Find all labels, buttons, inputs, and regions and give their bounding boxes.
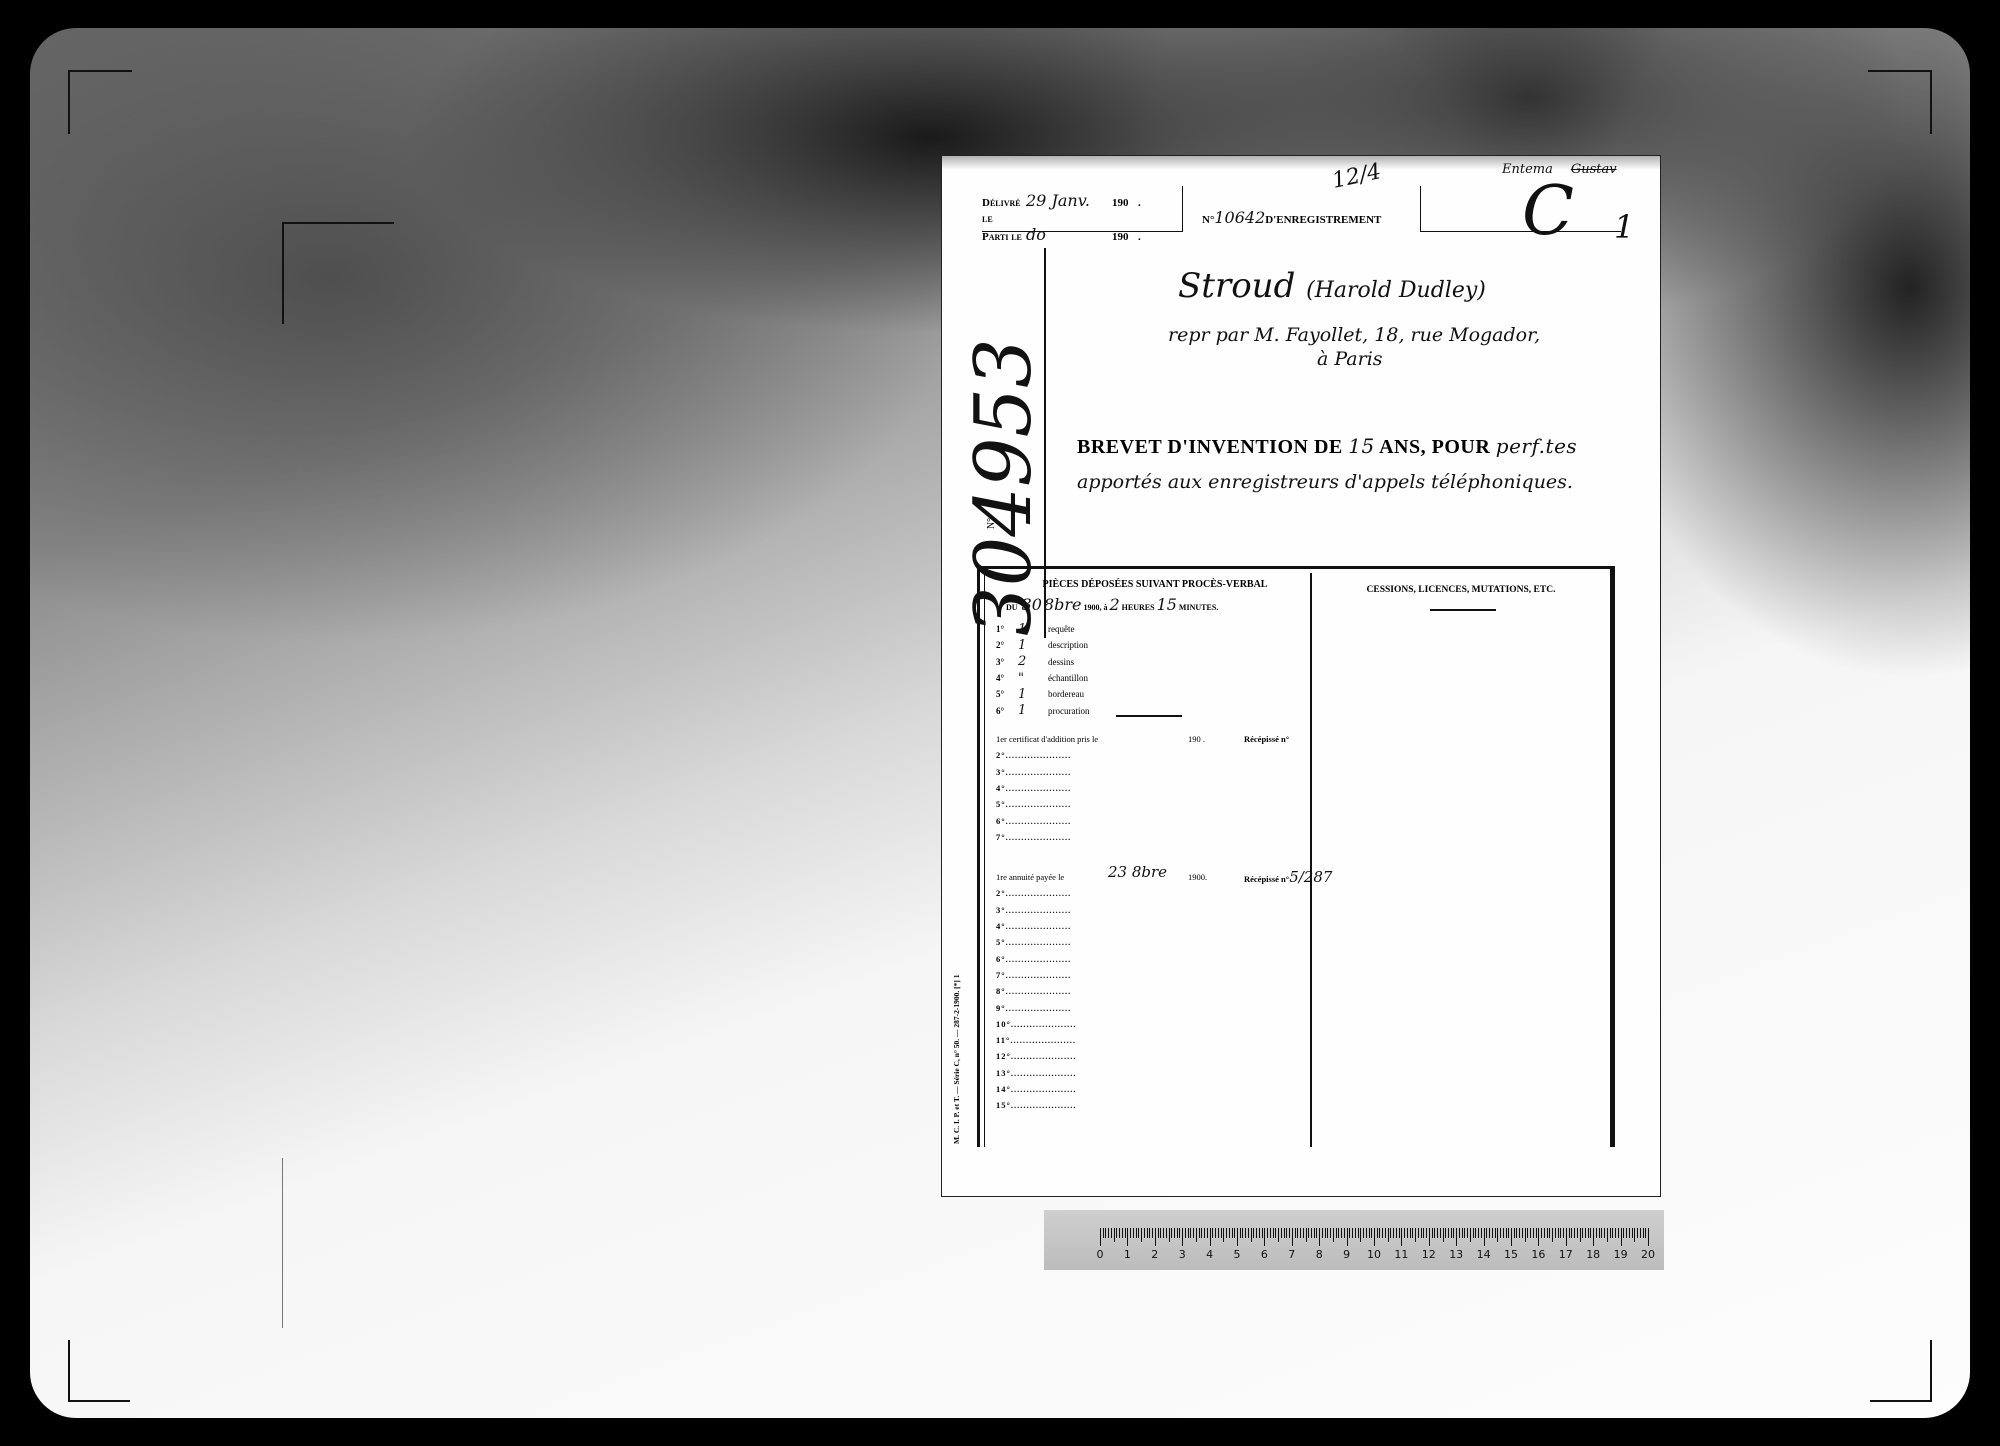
reg-number: 10642 [1214, 208, 1265, 227]
ruler-tick [1615, 1228, 1616, 1238]
piece-label: description [1048, 640, 1088, 650]
annuity-row: 8°..................... [996, 983, 1306, 999]
annuity-row-label: 4°..................... [996, 921, 1110, 931]
ruler-tick [1379, 1228, 1380, 1238]
register-table: M. C. I. P. et T. — Série C, n° 50. — 28… [977, 566, 1615, 1147]
ruler-tick [1218, 1228, 1219, 1238]
ruler-tick [1492, 1228, 1493, 1238]
ruler-tick [1525, 1228, 1526, 1242]
ruler-tick [1201, 1228, 1202, 1238]
ruler-tick [1158, 1228, 1159, 1238]
annuity-row: 2°..................... [996, 885, 1306, 901]
certificate-row-label: 6°..................... [996, 816, 1110, 826]
piece-number: 2° [996, 640, 1018, 650]
ruler-tick [1144, 1228, 1145, 1238]
ruler-tick [1481, 1228, 1482, 1238]
pieces-heading: PIÈCES DÉPOSÉES SUIVANT PROCÈS-VERBAL [1010, 579, 1300, 590]
ruler-label: 4 [1206, 1248, 1213, 1261]
certificate-first-label: 1er certificat d'addition pris le [996, 734, 1098, 744]
ruler-tick [1637, 1228, 1638, 1238]
annuity-row-label: 14°..................... [996, 1084, 1110, 1094]
ruler-tick [1626, 1228, 1627, 1238]
ruler-tick [1475, 1228, 1476, 1238]
ruler-tick [1226, 1228, 1227, 1238]
annuity-row: 13°..................... [996, 1065, 1306, 1081]
ruler-tick [1308, 1228, 1309, 1238]
ruler-tick [1122, 1228, 1123, 1238]
ruler-tick [1251, 1228, 1252, 1242]
ruler-tick [1516, 1228, 1517, 1238]
ruler-tick [1484, 1228, 1485, 1246]
annuity-row-label: 3°..................... [996, 905, 1110, 915]
ruler-tick [1607, 1228, 1608, 1242]
ruler-tick [1440, 1228, 1441, 1238]
ruler-tick [1432, 1228, 1433, 1238]
ruler-label: 14 [1477, 1248, 1491, 1261]
ruler-tick [1185, 1228, 1186, 1238]
annuity-row-label: 8°..................... [996, 986, 1110, 996]
ruler-tick [1580, 1228, 1581, 1242]
brevet-years: 15 [1348, 434, 1374, 458]
ruler-label: 5 [1234, 1248, 1241, 1261]
ruler-tick [1136, 1228, 1137, 1238]
piece-quantity: 1 [1018, 703, 1048, 718]
ruler-tick [1125, 1228, 1126, 1238]
ruler-label: 2 [1151, 1248, 1158, 1261]
certificate-row: 3°..................... [996, 764, 1296, 780]
ruler-tick [1114, 1228, 1115, 1242]
ruler-tick [1410, 1228, 1411, 1238]
ruler-label: 7 [1288, 1248, 1295, 1261]
ruler-tick [1278, 1228, 1279, 1242]
ruler-tick [1237, 1228, 1238, 1246]
ruler-tick [1421, 1228, 1422, 1238]
ruler-tick [1571, 1228, 1572, 1238]
annuity-row-label: 15°..................... [996, 1100, 1110, 1110]
ruler-label: 16 [1531, 1248, 1545, 1261]
patent-record-card: Délivré le 29 Janv. 190. Parti le do 190… [942, 156, 1660, 1196]
ruler-tick [1456, 1228, 1457, 1246]
ruler-tick [1336, 1228, 1337, 1238]
ruler-tick [1508, 1228, 1509, 1238]
certificate-row-label: 5°..................... [996, 799, 1110, 809]
ruler-tick [1473, 1228, 1474, 1238]
parti-label: Parti le [982, 229, 1026, 245]
ruler-tick [1426, 1228, 1427, 1238]
ruler-tick [1437, 1228, 1438, 1238]
ruler-tick [1610, 1228, 1611, 1238]
ruler-tick [1303, 1228, 1304, 1238]
annotation-box [1420, 186, 1621, 232]
ruler-tick [1130, 1228, 1131, 1238]
ruler-tick [1215, 1228, 1216, 1238]
ruler-tick [1297, 1228, 1298, 1238]
ruler-tick [1138, 1228, 1139, 1238]
ruler-ticks: 01234567891011121314151617181920 [1100, 1228, 1648, 1268]
heure-label: HEURES [1122, 603, 1155, 612]
certificate-row-label: 7°..................... [996, 832, 1110, 842]
ruler-tick [1207, 1228, 1208, 1238]
ruler-tick [1292, 1228, 1293, 1246]
ruler-tick [1536, 1228, 1537, 1238]
ruler-label: 9 [1343, 1248, 1350, 1261]
pv-month: 8bre [1044, 595, 1082, 614]
reg-prefix: N° [1202, 214, 1214, 226]
piece-quantity: 1 [1018, 638, 1048, 653]
ruler-tick [1382, 1228, 1383, 1238]
ruler-tick [1306, 1228, 1307, 1242]
ruler-label: 10 [1367, 1248, 1381, 1261]
ruler-tick [1632, 1228, 1633, 1238]
ruler-tick [1558, 1228, 1559, 1238]
certificate-row-label: 2°..................... [996, 750, 1110, 760]
pieces-list: 1°1requête2°1description3°2dessins4°"éch… [996, 621, 1089, 719]
annuity-row-label: 11°..................... [996, 1035, 1110, 1045]
crop-mark-top-left [68, 70, 132, 134]
ruler-tick [1374, 1228, 1375, 1246]
patent-number-label: N° [986, 518, 997, 529]
ruler-tick [1264, 1228, 1265, 1246]
certificate-recepisse-label: Récépissé n° [1244, 734, 1289, 744]
ruler-tick [1522, 1228, 1523, 1238]
annuity-row: 7°..................... [996, 967, 1306, 983]
ruler-tick [1530, 1228, 1531, 1238]
ruler-tick [1223, 1228, 1224, 1242]
certificate-row-label: 3°..................... [996, 767, 1110, 777]
annuity-row-label: 2°..................... [996, 888, 1110, 898]
ruler-tick [1582, 1228, 1583, 1238]
ruler-tick [1396, 1228, 1397, 1238]
ruler-tick [1245, 1228, 1246, 1238]
piece-number: 1° [996, 624, 1018, 634]
piece-label: procuration [1048, 706, 1089, 716]
ruler-tick [1453, 1228, 1454, 1238]
initial-mark-2: 1 [1614, 208, 1634, 246]
annuity-row: 14°..................... [996, 1081, 1306, 1097]
piece-row: 2°1description [996, 637, 1089, 653]
ruler-tick [1190, 1228, 1191, 1238]
crop-mark-top-right [1868, 70, 1932, 134]
annuity-row-label: 7°..................... [996, 970, 1110, 980]
ruler-tick [1105, 1228, 1106, 1238]
ruler-tick [1149, 1228, 1150, 1238]
ruler-tick [1495, 1228, 1496, 1238]
ruler-tick [1141, 1228, 1142, 1242]
ruler-tick [1256, 1228, 1257, 1238]
initial-mark: C [1522, 178, 1574, 246]
ruler-tick [1179, 1228, 1180, 1238]
ruler-tick [1163, 1228, 1164, 1238]
ruler-tick [1429, 1228, 1430, 1246]
ruler-tick [1352, 1228, 1353, 1238]
ruler-label: 15 [1504, 1248, 1518, 1261]
brevet-middle: ANS, POUR [1379, 436, 1490, 458]
column-divider [1310, 573, 1312, 1147]
annuity-row: 6°..................... [996, 950, 1306, 966]
ruler-tick [1286, 1228, 1287, 1238]
ruler-tick [1358, 1228, 1359, 1238]
ruler-tick [1182, 1228, 1183, 1246]
ruler-tick [1204, 1228, 1205, 1238]
scale-ruler: 01234567891011121314151617181920 [1044, 1210, 1664, 1270]
ruler-tick [1640, 1228, 1641, 1238]
piece-quantity: 2 [1018, 654, 1048, 669]
ruler-tick [1210, 1228, 1211, 1246]
ruler-tick [1344, 1228, 1345, 1238]
applicant-given: (Harold Dudley) [1306, 278, 1486, 303]
cessions-heading: CESSIONS, LICENCES, MUTATIONS, ETC. [1316, 585, 1606, 595]
ruler-tick [1355, 1228, 1356, 1238]
ruler-tick [1347, 1228, 1348, 1246]
ruler-tick [1618, 1228, 1619, 1238]
ruler-tick [1566, 1228, 1567, 1246]
piece-row: 5°1bordereau [996, 686, 1089, 702]
annuity-row-label: 12°..................... [996, 1051, 1110, 1061]
delivre-value: 29 Janv. [1026, 193, 1112, 209]
ruler-tick [1459, 1228, 1460, 1238]
annuity-row: 1re annuité payée le23 8bre1900.Récépiss… [996, 869, 1306, 885]
ruler-tick [1275, 1228, 1276, 1238]
ruler-tick [1196, 1228, 1197, 1242]
ruler-tick [1111, 1228, 1112, 1238]
ruler-label: 11 [1394, 1248, 1408, 1261]
ruler-tick [1273, 1228, 1274, 1238]
ruler-tick [1544, 1228, 1545, 1238]
ruler-tick [1281, 1228, 1282, 1238]
piece-row: 3°2dessins [996, 654, 1089, 670]
annuity-row-label: 5°..................... [996, 937, 1110, 947]
minutes-label: MINUTES. [1179, 603, 1218, 612]
piece-quantity: " [1018, 671, 1048, 686]
ruler-label: 20 [1641, 1248, 1655, 1261]
ruler-tick [1349, 1228, 1350, 1238]
ruler-tick [1601, 1228, 1602, 1238]
ruler-tick [1412, 1228, 1413, 1238]
annuity-row-label: 9°..................... [996, 1003, 1110, 1013]
du-label: DU [1006, 603, 1018, 612]
ruler-tick [1407, 1228, 1408, 1238]
ruler-tick [1623, 1228, 1624, 1238]
annuity-recepisse: Récépissé n°5/287 [1244, 868, 1332, 886]
ruler-tick [1119, 1228, 1120, 1238]
ruler-tick [1599, 1228, 1600, 1238]
ruler-tick [1253, 1228, 1254, 1238]
pv-minutes: 15 [1157, 595, 1177, 614]
annuity-first-date: 23 8bre [1108, 863, 1167, 881]
ruler-tick [1486, 1228, 1487, 1238]
ruler-tick [1443, 1228, 1444, 1242]
ruler-tick [1593, 1228, 1594, 1246]
ruler-tick [1590, 1228, 1591, 1238]
ruler-tick [1612, 1228, 1613, 1238]
piece-number: 6° [996, 706, 1018, 716]
a-label: , à [1099, 603, 1107, 612]
registration-number: N°10642D'ENREGISTREMENT [1202, 208, 1381, 227]
annuity-row: 10°..................... [996, 1016, 1306, 1032]
ruler-tick [1221, 1228, 1222, 1238]
piece-number: 4° [996, 673, 1018, 683]
note-2-struck: Gustav [1571, 162, 1617, 177]
ruler-tick [1547, 1228, 1548, 1238]
ruler-tick [1451, 1228, 1452, 1238]
ruler-label: 3 [1179, 1248, 1186, 1261]
certificate-row: 4°..................... [996, 780, 1296, 796]
ruler-tick [1462, 1228, 1463, 1238]
ruler-tick [1360, 1228, 1361, 1242]
piece-label: bordereau [1048, 689, 1084, 699]
ruler-tick [1177, 1228, 1178, 1238]
ruler-tick [1267, 1228, 1268, 1238]
ruler-tick [1327, 1228, 1328, 1238]
ruler-tick [1563, 1228, 1564, 1238]
certificate-row: 5°..................... [996, 796, 1296, 812]
piece-label: échantillon [1048, 673, 1088, 683]
ruler-tick [1569, 1228, 1570, 1238]
ruler-label: 1 [1124, 1248, 1131, 1261]
ruler-label: 17 [1559, 1248, 1573, 1261]
ruler-tick [1489, 1228, 1490, 1238]
crop-mark-inner [282, 222, 394, 324]
cessions-rule [1430, 609, 1496, 611]
ruler-label: 12 [1422, 1248, 1436, 1261]
ruler-label: 13 [1449, 1248, 1463, 1261]
brevet-line: BREVET D'INVENTION DE 15 ANS, POUR perf.… [1077, 434, 1577, 459]
parti-value: do [1026, 227, 1112, 243]
certificate-year: 190 . [1188, 734, 1205, 744]
pv-day: 30 [1022, 595, 1042, 614]
applicant-surname: Stroud [1178, 266, 1295, 306]
annuity-recepisse-label: Récépissé n° [1244, 874, 1289, 884]
certificate-row: 7°..................... [996, 829, 1296, 845]
ruler-tick [1514, 1228, 1515, 1238]
piece-quantity: 1 [1018, 687, 1048, 702]
ruler-tick [1588, 1228, 1589, 1238]
ruler-tick [1108, 1228, 1109, 1238]
ruler-tick [1166, 1228, 1167, 1238]
ruler-tick [1284, 1228, 1285, 1238]
annuity-row: 3°..................... [996, 902, 1306, 918]
ruler-tick [1445, 1228, 1446, 1238]
ruler-tick [1478, 1228, 1479, 1238]
ruler-tick [1385, 1228, 1386, 1238]
ruler-label: 0 [1097, 1248, 1104, 1261]
ruler-tick [1399, 1228, 1400, 1238]
ruler-tick [1604, 1228, 1605, 1238]
ruler-tick [1270, 1228, 1271, 1238]
brevet-prefix: BREVET D'INVENTION DE [1077, 436, 1343, 458]
ruler-tick [1319, 1228, 1320, 1246]
certificate-row: 6°..................... [996, 812, 1296, 828]
ruler-tick [1467, 1228, 1468, 1238]
ruler-tick [1500, 1228, 1501, 1238]
piece-quantity: 1 [1018, 622, 1048, 637]
ruler-tick [1232, 1228, 1233, 1238]
ruler-tick [1448, 1228, 1449, 1238]
ruler-tick [1330, 1228, 1331, 1238]
ruler-tick [1242, 1228, 1243, 1238]
ruler-tick [1127, 1228, 1128, 1246]
applicant-name: Stroud (Harold Dudley) [1178, 266, 1486, 306]
ruler-tick [1248, 1228, 1249, 1238]
ruler-tick [1338, 1228, 1339, 1238]
ruler-tick [1388, 1228, 1389, 1242]
ruler-tick [1552, 1228, 1553, 1242]
annuity-row-label: 13°..................... [996, 1068, 1110, 1078]
ruler-tick [1100, 1228, 1101, 1246]
annuity-first-label: 1re annuité payée le [996, 872, 1064, 882]
ruler-tick [1377, 1228, 1378, 1238]
annuity-row-label: 10°..................... [996, 1019, 1110, 1029]
proces-verbal-date: DU 30 8bre 1900, à 2 HEURES 15 MINUTES. [1006, 595, 1218, 614]
annuity-row: 9°..................... [996, 999, 1306, 1015]
piece-label: requête [1048, 624, 1074, 634]
ruler-tick [1366, 1228, 1367, 1238]
ruler-tick [1259, 1228, 1260, 1238]
ruler-tick [1549, 1228, 1550, 1238]
ruler-tick [1464, 1228, 1465, 1238]
inner-rule [984, 573, 985, 1147]
annuity-row: 4°..................... [996, 918, 1306, 934]
ruler-tick [1415, 1228, 1416, 1242]
certificate-row: 2°..................... [996, 747, 1296, 763]
ruler-tick [1393, 1228, 1394, 1238]
ruler-tick [1133, 1228, 1134, 1238]
annuity-row: 11°..................... [996, 1032, 1306, 1048]
piece-row: 4°"échantillon [996, 670, 1089, 686]
ruler-tick [1648, 1228, 1649, 1246]
ruler-tick [1390, 1228, 1391, 1238]
ruler-tick [1174, 1228, 1175, 1238]
parti-year: 190 [1112, 229, 1138, 245]
certificate-row: 1er certificat d'addition pris le190 .Ré… [996, 731, 1296, 747]
ruler-tick [1643, 1228, 1644, 1238]
ruler-tick [1193, 1228, 1194, 1238]
ruler-tick [1262, 1228, 1263, 1238]
section-rule [1116, 715, 1182, 717]
ruler-tick [1341, 1228, 1342, 1238]
ruler-tick [1229, 1228, 1230, 1238]
ruler-tick [1423, 1228, 1424, 1238]
ruler-tick [1333, 1228, 1334, 1242]
ruler-tick [1560, 1228, 1561, 1238]
ruler-tick [1363, 1228, 1364, 1238]
ruler-tick [1621, 1228, 1622, 1246]
ruler-tick [1169, 1228, 1170, 1242]
ruler-tick [1503, 1228, 1504, 1238]
piece-number: 5° [996, 689, 1018, 699]
ruler-tick [1369, 1228, 1370, 1238]
ruler-tick [1541, 1228, 1542, 1238]
ruler-label: 18 [1586, 1248, 1600, 1261]
ruler-tick [1538, 1228, 1539, 1246]
reg-suffix: D'ENREGISTREMENT [1265, 214, 1381, 226]
certificate-row-label: 4°..................... [996, 783, 1110, 793]
annuity-row-label: 6°..................... [996, 954, 1110, 964]
ruler-label: 8 [1316, 1248, 1323, 1261]
delivre-year: 190 [1112, 195, 1138, 211]
brevet-object-start: perf.tes [1496, 434, 1577, 458]
delivre-label: Délivré le [982, 195, 1026, 227]
ruler-tick [1629, 1228, 1630, 1238]
representative-line-2: à Paris [1317, 348, 1383, 370]
printer-imprint: M. C. I. P. et T. — Série C, n° 50. — 28… [952, 974, 961, 1144]
ruler-tick [1316, 1228, 1317, 1238]
crop-mark-bottom-right [1870, 1340, 1932, 1402]
delivery-dates: Délivré le 29 Janv. 190. Parti le do 190… [982, 193, 1141, 245]
piece-label: dessins [1048, 657, 1074, 667]
ruler-tick [1645, 1228, 1646, 1238]
ruler-tick [1577, 1228, 1578, 1238]
